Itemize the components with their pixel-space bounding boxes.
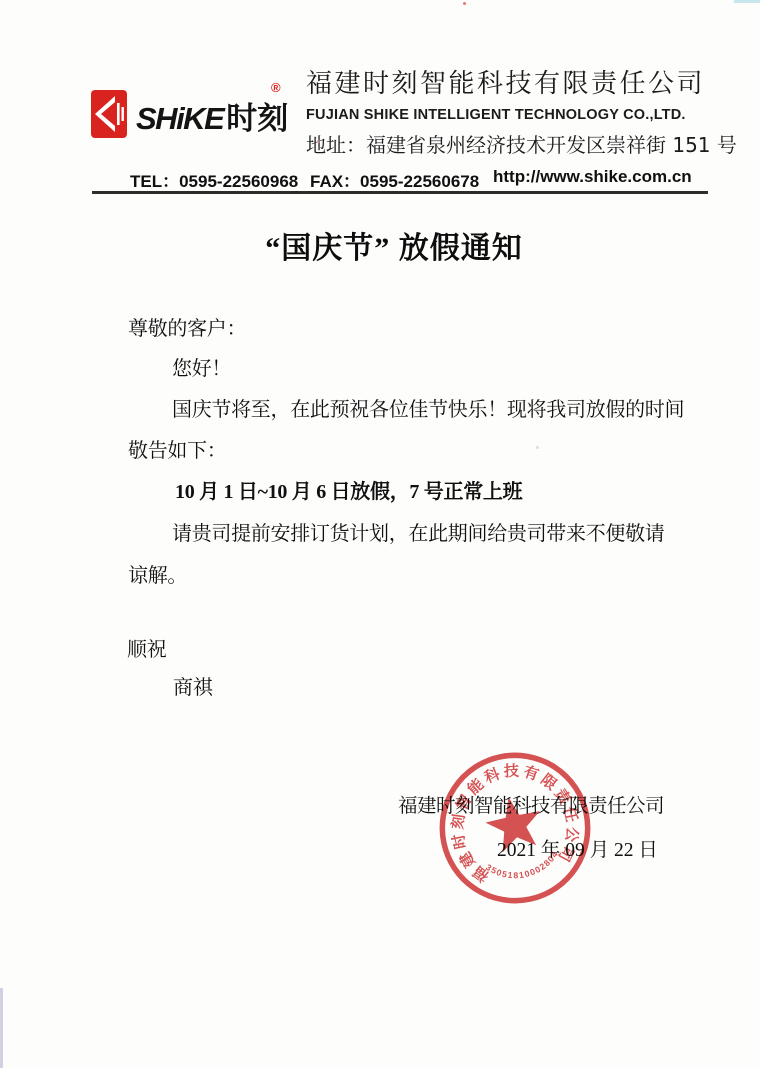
seal-star-icon xyxy=(481,791,546,854)
tel-number: TEL：0595-22560968 xyxy=(130,167,298,192)
registered-trademark-icon: ® xyxy=(271,80,281,95)
fax-number: FAX：0595-22560678 xyxy=(310,167,479,192)
company-seal-stamp: 福建时刻智能科技有限责任公司 35051810002804 xyxy=(421,734,608,921)
brand-wordmark: SHiKE时刻 xyxy=(136,93,288,138)
company-address: 地址：福建省泉州经济技术开发区崇祥街 151 号 xyxy=(306,129,737,158)
scan-speck xyxy=(317,140,320,143)
greeting-line: 您好！ xyxy=(172,352,231,381)
closing-word-1: 顺祝 xyxy=(127,633,166,662)
scan-edge-artifact-top-right xyxy=(734,0,760,3)
letterhead-divider xyxy=(92,191,708,194)
brand-cn-text: 时刻 xyxy=(226,101,288,136)
salutation-line: 尊敬的客户： xyxy=(128,312,246,341)
company-name-cn: 福建时刻智能科技有限责任公司 xyxy=(306,63,705,100)
paragraph1-line1: 国庆节将至，在此预祝各位佳节快乐！现将我司放假的时间 xyxy=(172,393,684,422)
scan-speck xyxy=(463,2,466,5)
holiday-dates-line: 10 月 1 日~10 月 6 日放假，7 号正常上班 xyxy=(175,475,522,504)
website-url: http://www.shike.com.cn xyxy=(493,167,692,187)
brand-latin-text: SHiKE xyxy=(136,101,223,136)
scanned-letter-page: SHiKE时刻 ® 福建时刻智能科技有限责任公司 FUJIAN SHIKE IN… xyxy=(0,0,760,1068)
seal-registration-number: 35051810002804 xyxy=(483,847,564,887)
notice-title: “国庆节” 放假通知 xyxy=(14,223,760,267)
scan-speck xyxy=(536,446,539,449)
shike-logo-icon xyxy=(90,89,128,139)
closing-word-2: 商祺 xyxy=(173,671,212,700)
paragraph2-line2: 谅解。 xyxy=(128,559,187,588)
paragraph1-line2: 敬告如下： xyxy=(128,434,227,463)
paragraph2-line1: 请贵司提前安排订货计划，在此期间给贵司带来不便敬请 xyxy=(172,517,665,546)
company-name-en: FUJIAN SHIKE INTELLIGENT TECHNOLOGY CO.,… xyxy=(306,107,686,123)
svg-text:35051810002804: 35051810002804 xyxy=(483,847,564,887)
scan-edge-artifact-left xyxy=(0,988,3,1068)
